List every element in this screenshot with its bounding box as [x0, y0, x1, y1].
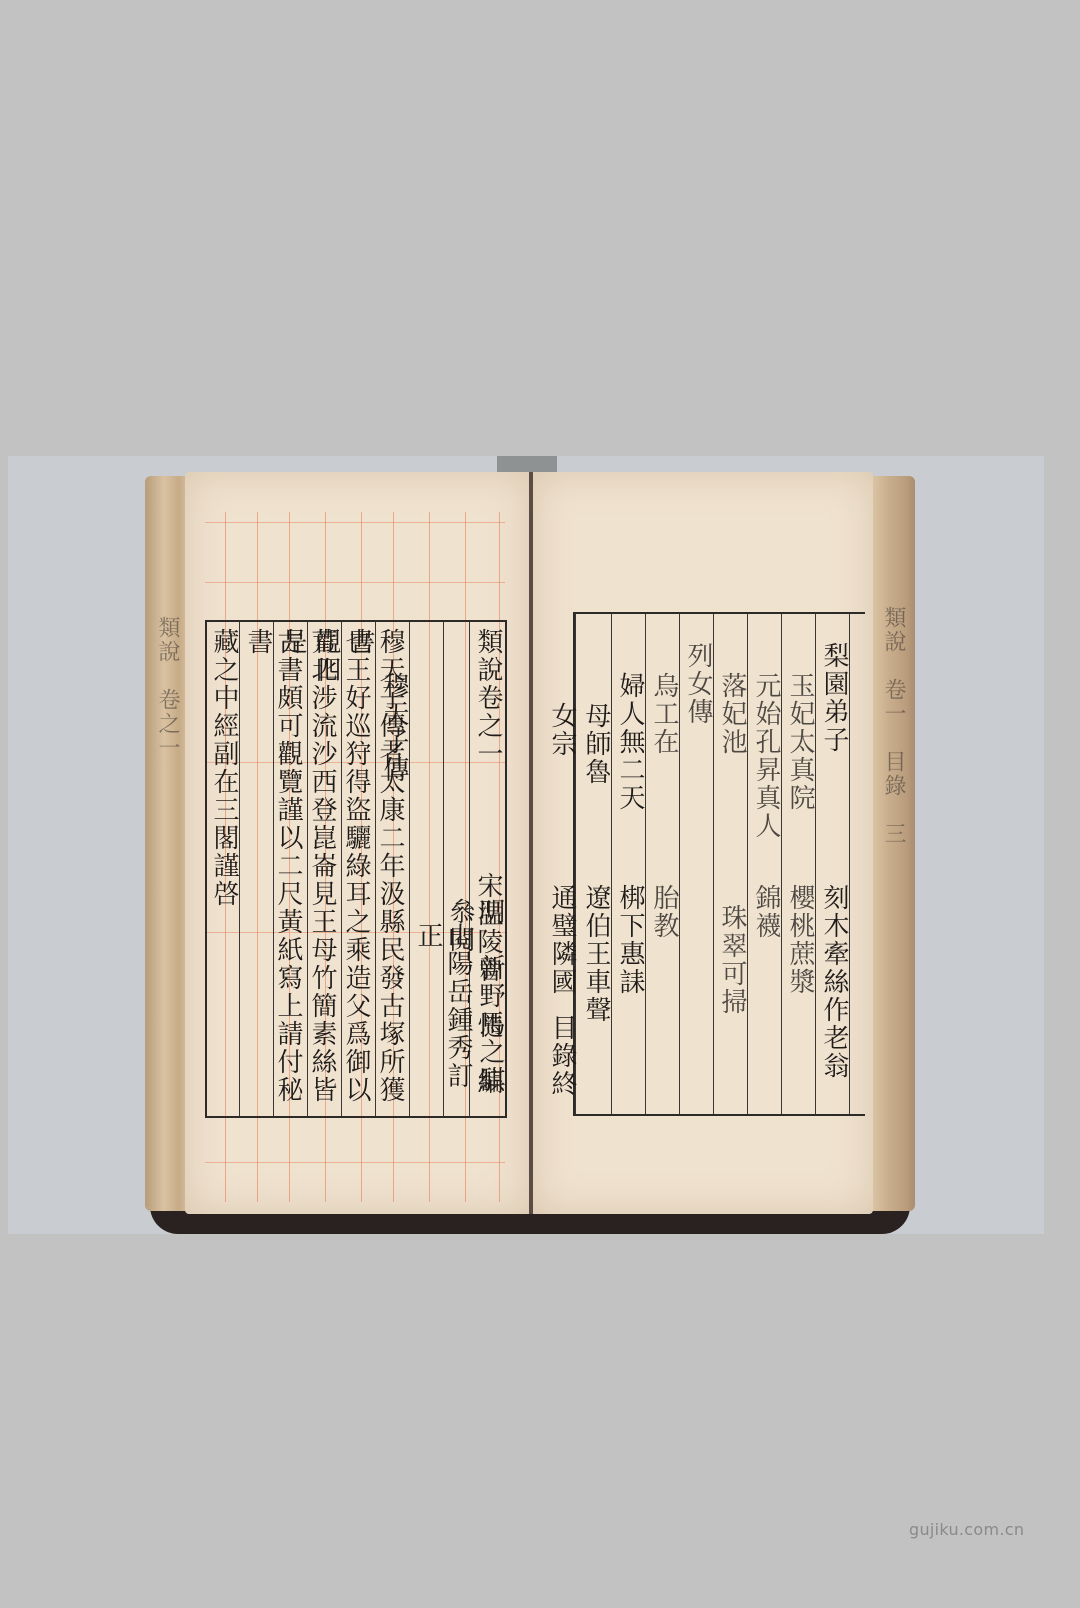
toc-item-4b: 珠翠可掃 — [717, 904, 747, 1016]
body-column-5: 藏之中經副在三閣謹啓 — [209, 628, 239, 1122]
text-frame: 類說卷之一 宋温陵曾 慥 編 明 新野馬之騏叅閱 山陽岳鍾秀訂正 穆天子傳 穆天… — [205, 620, 507, 1118]
right-page-edge: 類說 卷一 目錄 三 — [871, 476, 915, 1211]
toc-item-4: 落妃池 — [717, 672, 747, 756]
body-column-4: 古書頗可觀覽謹以二尺黃紙寫上請付秘書 — [243, 628, 303, 1122]
toc-item-7b: 梆下惠誄 — [615, 884, 645, 996]
toc-item-8: 母師魯 — [581, 702, 611, 786]
toc-item-1b: 刻木牽絲作老翁 — [819, 884, 849, 1080]
toc-item-9: 女宗 — [547, 702, 577, 758]
toc-item-3b: 錦襪 — [751, 884, 781, 940]
toc-item-8b: 遼伯王車聲 — [581, 884, 611, 1024]
toc-item-9b: 通璧隣國 — [547, 884, 577, 996]
toc-item-6: 烏工在 — [649, 672, 679, 756]
toc-item-2b: 櫻桃蔗漿 — [785, 884, 815, 996]
toc-end-mark: 目錄終 — [547, 1014, 577, 1098]
toc-frame: 梨園弟子 刻木牽絲作老翁 玉妃太真院 櫻桃蔗漿 元始孔昇真人 錦襪 落妃池 珠翠… — [573, 612, 865, 1116]
open-book: 類說 卷之一 類說 卷一 目錄 三 類說卷之一 宋温 — [145, 470, 915, 1220]
toc-item-1: 梨園弟子 — [819, 642, 849, 754]
toc-item-3: 元始孔昇真人 — [751, 672, 781, 840]
toc-item-7: 婦人無二天 — [615, 672, 645, 812]
left-page: 類說卷之一 宋温陵曾 慥 編 明 新野馬之騏叅閱 山陽岳鍾秀訂正 穆天子傳 穆天… — [185, 472, 530, 1214]
toc-item-5: 列女傳 — [683, 642, 713, 726]
editor-line-2: 山陽岳鍾秀訂正 — [413, 922, 473, 1116]
toc-item-6b: 胎教 — [649, 884, 679, 940]
toc-item-2: 玉妃太真院 — [785, 672, 815, 812]
right-edge-label: 類說 卷一 目錄 三 — [877, 606, 907, 846]
left-edge-label: 類說 卷之一 — [151, 616, 181, 760]
watermark: gujiku.com.cn — [909, 1520, 1024, 1539]
right-page: 梨園弟子 刻木牽絲作老翁 玉妃太真院 櫻桃蔗漿 元始孔昇真人 錦襪 落妃池 珠翠… — [533, 472, 873, 1214]
